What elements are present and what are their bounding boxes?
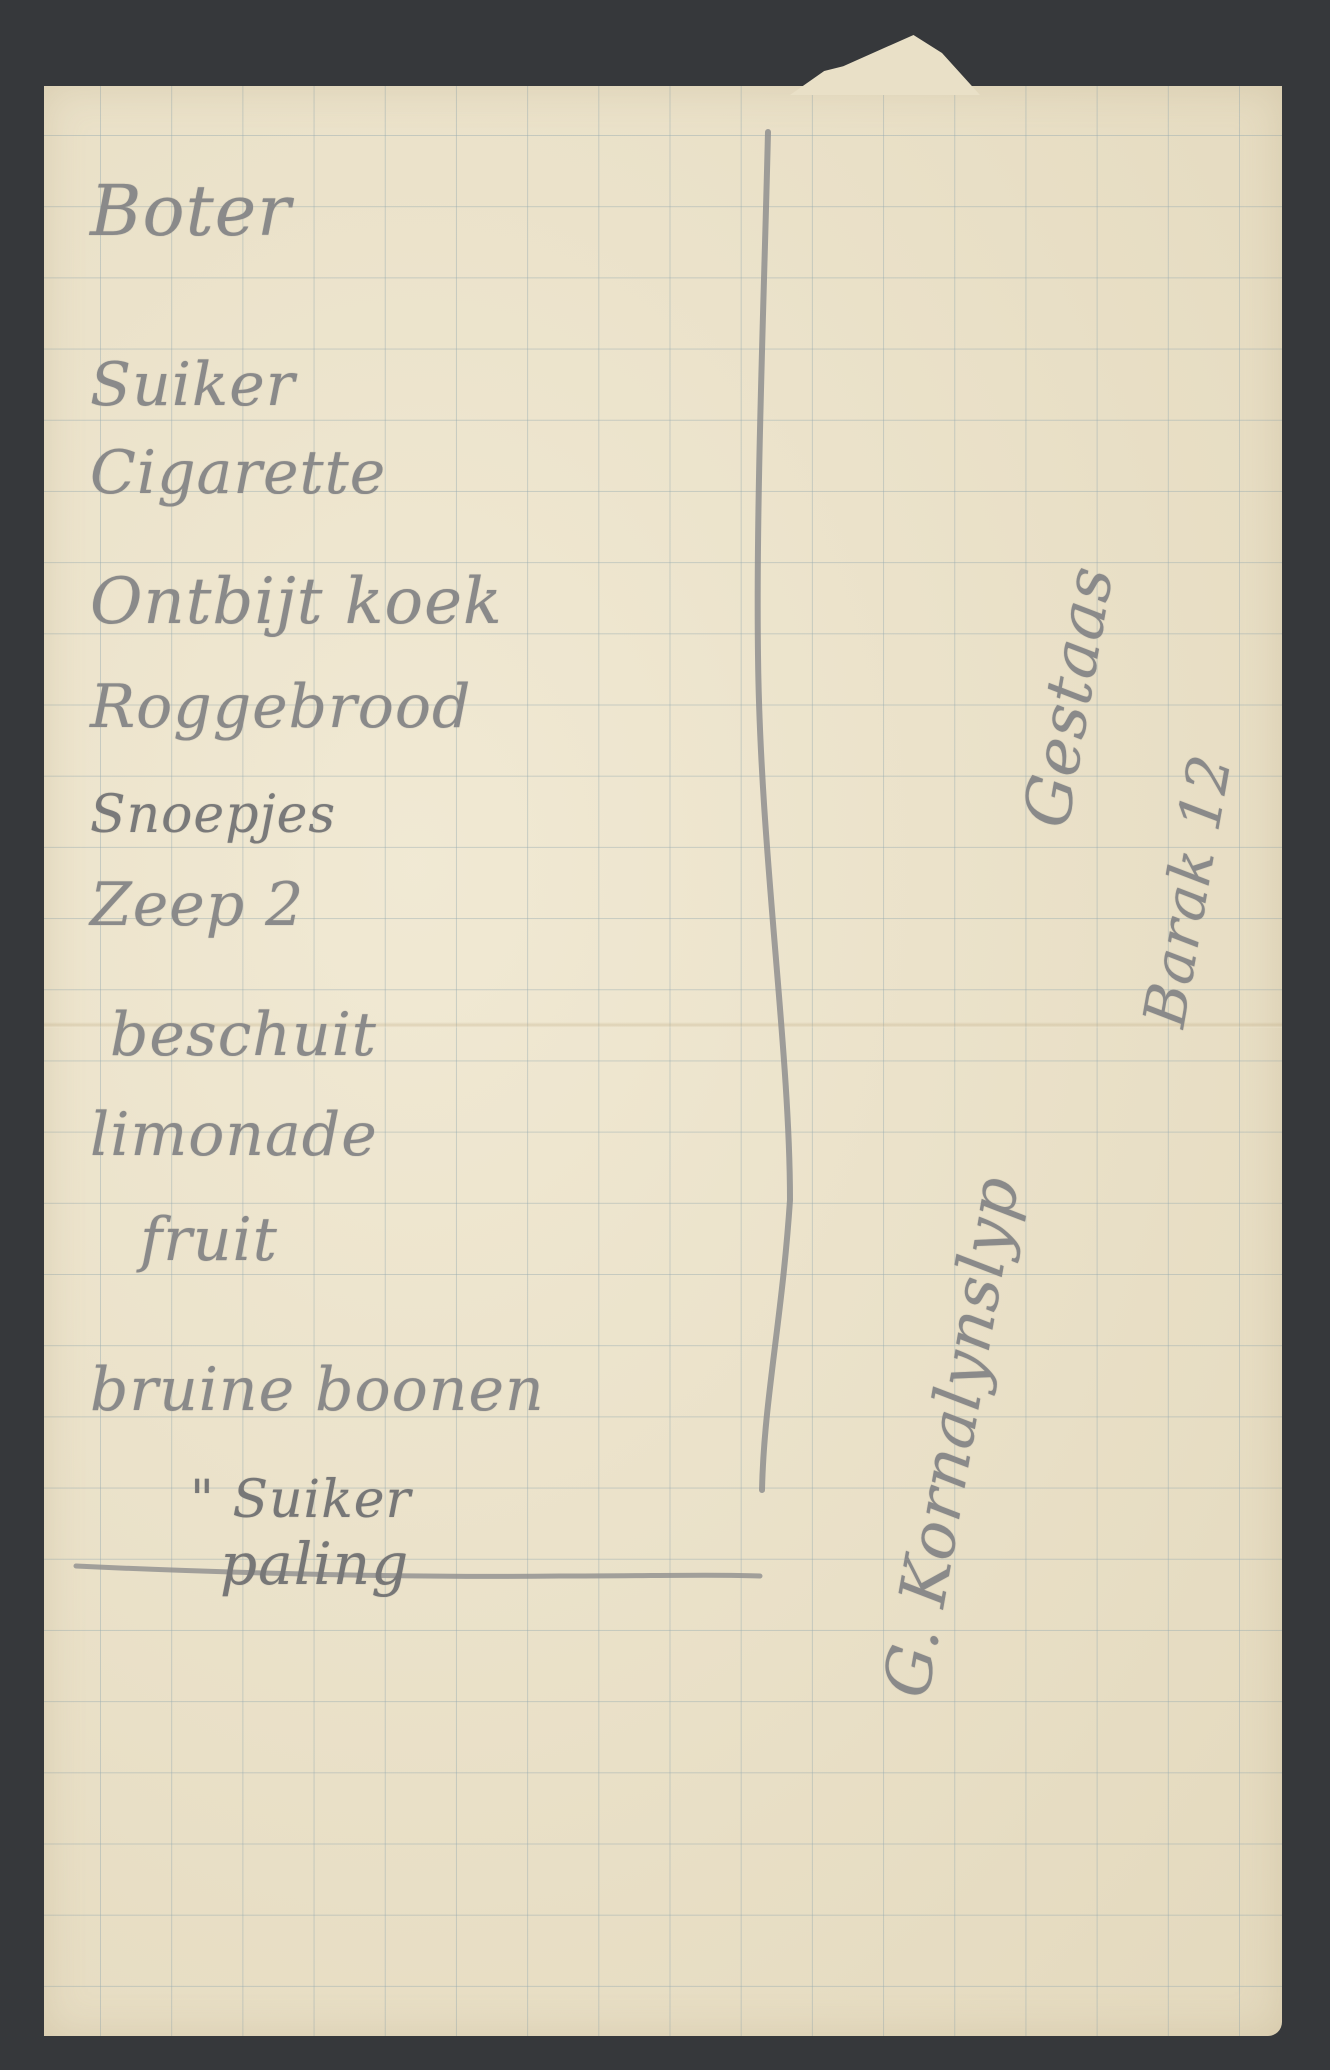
list-item: Suiker bbox=[90, 350, 295, 420]
list-item: Snoepjes bbox=[90, 785, 336, 845]
list-item: Ontbijt koek bbox=[90, 565, 503, 639]
list-item: Roggebrood bbox=[90, 672, 471, 742]
list-item: limonade bbox=[90, 1100, 378, 1170]
list-item: paling bbox=[220, 1530, 409, 1598]
list-item: bruine boonen bbox=[90, 1355, 545, 1425]
list-item: " Suiker bbox=[190, 1470, 411, 1530]
list-item: fruit bbox=[140, 1205, 278, 1275]
torn-paper-edge bbox=[790, 35, 980, 95]
list-item: beschuit bbox=[110, 1000, 377, 1070]
list-item: Zeep 2 bbox=[90, 870, 304, 940]
list-item: Cigarette bbox=[90, 438, 386, 508]
list-item: Boter bbox=[90, 170, 292, 252]
